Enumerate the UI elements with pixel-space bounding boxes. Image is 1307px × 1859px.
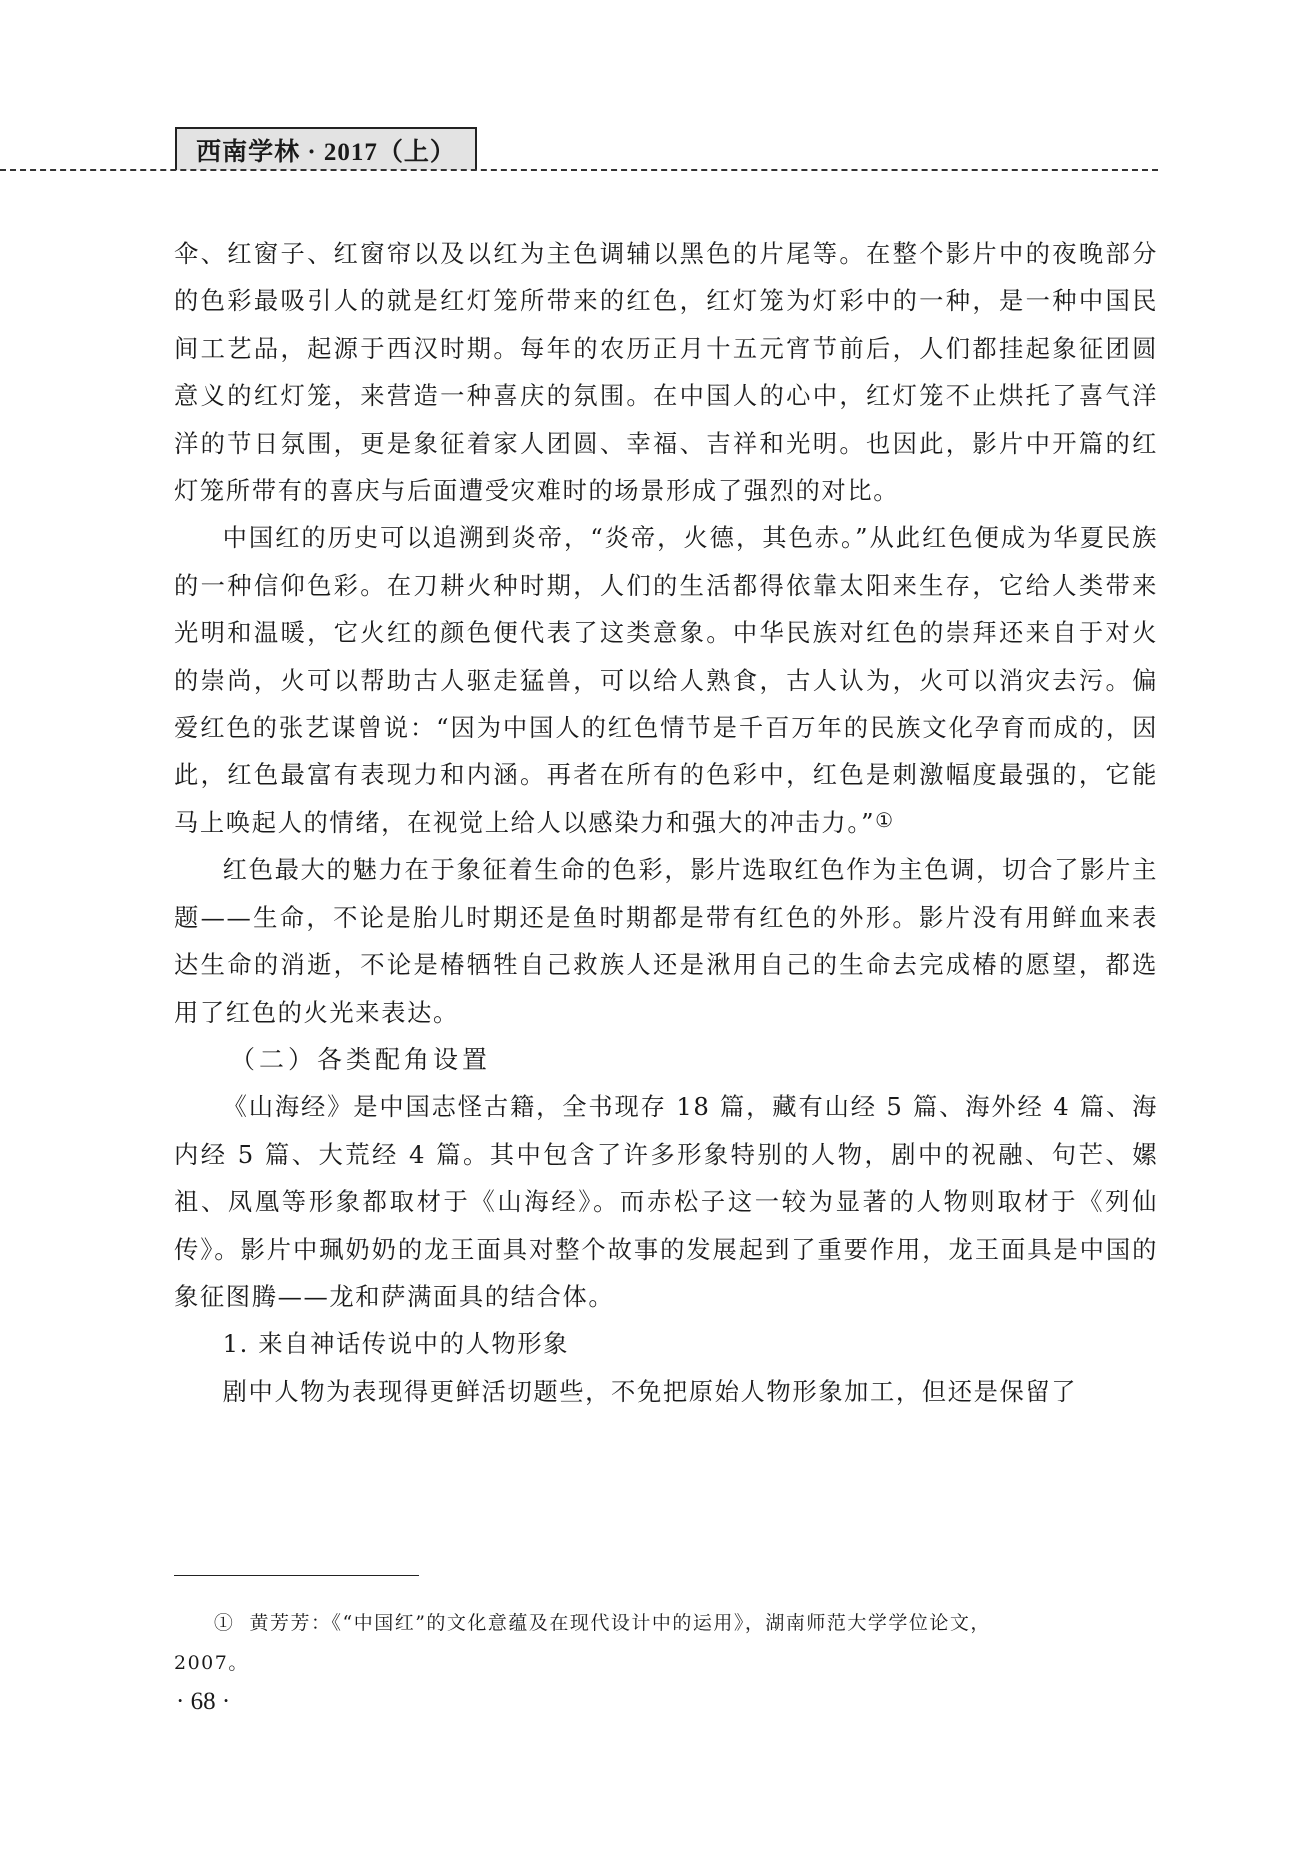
journal-header: 西南学林 · 2017（上） (175, 127, 477, 170)
subsection-heading: 1. 来自神话传说中的人物形象 (174, 1320, 1158, 1367)
header-dashed-rule (0, 169, 1158, 171)
footnote-line-1: ① 黄芳芳：《“中国红”的文化意蕴及在现代设计中的运用》，湖南师范大学学位论文， (174, 1603, 1158, 1643)
footnote-line-2: 2007。 (174, 1652, 249, 1674)
article-body: 伞、红窗子、红窗帘以及以红为主色调辅以黑色的片尾等。在整个影片中的夜晚部分的色彩… (174, 230, 1158, 1415)
paragraph-5: 剧中人物为表现得更鲜活切题些，不免把原始人物形象加工，但还是保留了 (174, 1368, 1158, 1415)
paragraph-2: 中国红的历史可以追溯到炎帝，“炎帝，火德，其色赤。”从此红色便成为华夏民族的一种… (174, 514, 1158, 846)
footnote: ① 黄芳芳：《“中国红”的文化意蕴及在现代设计中的运用》，湖南师范大学学位论文，… (174, 1603, 1158, 1683)
section-heading: （二）各类配角设置 (174, 1036, 1158, 1083)
paragraph-4: 《山海经》是中国志怪古籍，全书现存 18 篇，藏有山经 5 篇、海外经 4 篇、… (174, 1083, 1158, 1320)
page-number: · 68 · (176, 1688, 230, 1716)
footnote-reference[interactable]: ① (875, 808, 895, 832)
paragraph-1: 伞、红窗子、红窗帘以及以红为主色调辅以黑色的片尾等。在整个影片中的夜晚部分的色彩… (174, 230, 1158, 514)
footnote-text: 黄芳芳：《“中国红”的文化意蕴及在现代设计中的运用》，湖南师范大学学位论文， (250, 1612, 991, 1634)
paragraph-2-text: 中国红的历史可以追溯到炎帝，“炎帝，火德，其色赤。”从此红色便成为华夏民族的一种… (174, 523, 1158, 836)
paragraph-3: 红色最大的魅力在于象征着生命的色彩，影片选取红色作为主色调，切合了影片主题——生… (174, 846, 1158, 1036)
journal-title: 西南学林 · 2017（上） (196, 132, 456, 168)
footnote-divider (174, 1575, 419, 1576)
footnote-marker: ① (214, 1612, 235, 1634)
